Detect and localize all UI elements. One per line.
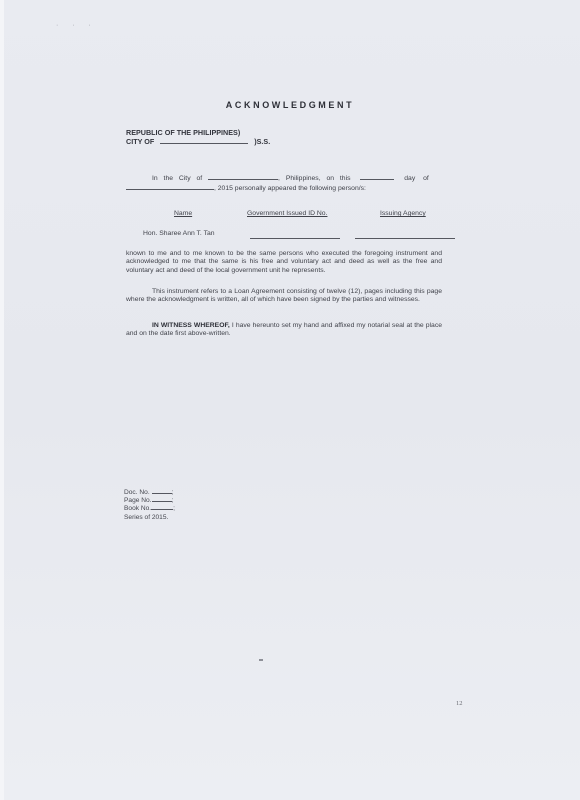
header-name: Name — [174, 210, 192, 217]
venue-republic: REPUBLIC OF THE PHILIPPINES) — [126, 128, 240, 137]
intro-part3: day of — [404, 175, 429, 182]
venue-ss: )S.S. — [254, 137, 270, 146]
series: Series of 2015. — [124, 514, 175, 522]
id-no-blank — [250, 238, 340, 239]
document-title: ACKNOWLEDGMENT — [0, 100, 580, 110]
witness-bold: IN WITNESS WHEREOF, — [152, 322, 230, 329]
page-number: 12 — [456, 700, 463, 707]
person-name: Hon. Sharee Ann T. Tan — [143, 230, 215, 237]
intro-line-2: , 2015 personally appeared the following… — [126, 185, 442, 192]
header-agency: Issuing Agency — [380, 210, 426, 217]
scan-mark — [259, 659, 263, 661]
intro-line-1: In the City of , Philippines, on this da… — [126, 175, 442, 182]
header-id-no: Government Issued ID No. — [247, 210, 327, 217]
intro-part1: In the City of — [152, 175, 202, 182]
scan-specks: · · · — [56, 22, 97, 29]
page-no: Page No.; — [124, 497, 175, 505]
scan-edge — [0, 0, 4, 800]
paragraph-known: known to me and to me known to be the sa… — [126, 250, 442, 275]
notarial-register: Doc. No. ; Page No.; Book No.; Series of… — [124, 489, 175, 522]
book-no: Book No.; — [124, 505, 175, 513]
paragraph-instrument: This instrument refers to a Loan Agreeme… — [126, 288, 442, 305]
paragraph-witness: IN WITNESS WHEREOF, I have hereunto set … — [126, 322, 442, 339]
venue-city-label: CITY OF — [126, 137, 154, 146]
intro-month-blank — [126, 189, 214, 190]
intro-day-blank — [360, 179, 394, 180]
intro-part2: , Philippines, on this — [278, 175, 350, 182]
venue-city: CITY OF )S.S. — [126, 137, 270, 146]
doc-no: Doc. No. ; — [124, 489, 175, 497]
intro-part4: , 2015 personally appeared the following… — [214, 185, 366, 192]
agency-blank — [355, 238, 455, 239]
city-blank — [160, 143, 248, 144]
intro-city-blank — [208, 179, 278, 180]
